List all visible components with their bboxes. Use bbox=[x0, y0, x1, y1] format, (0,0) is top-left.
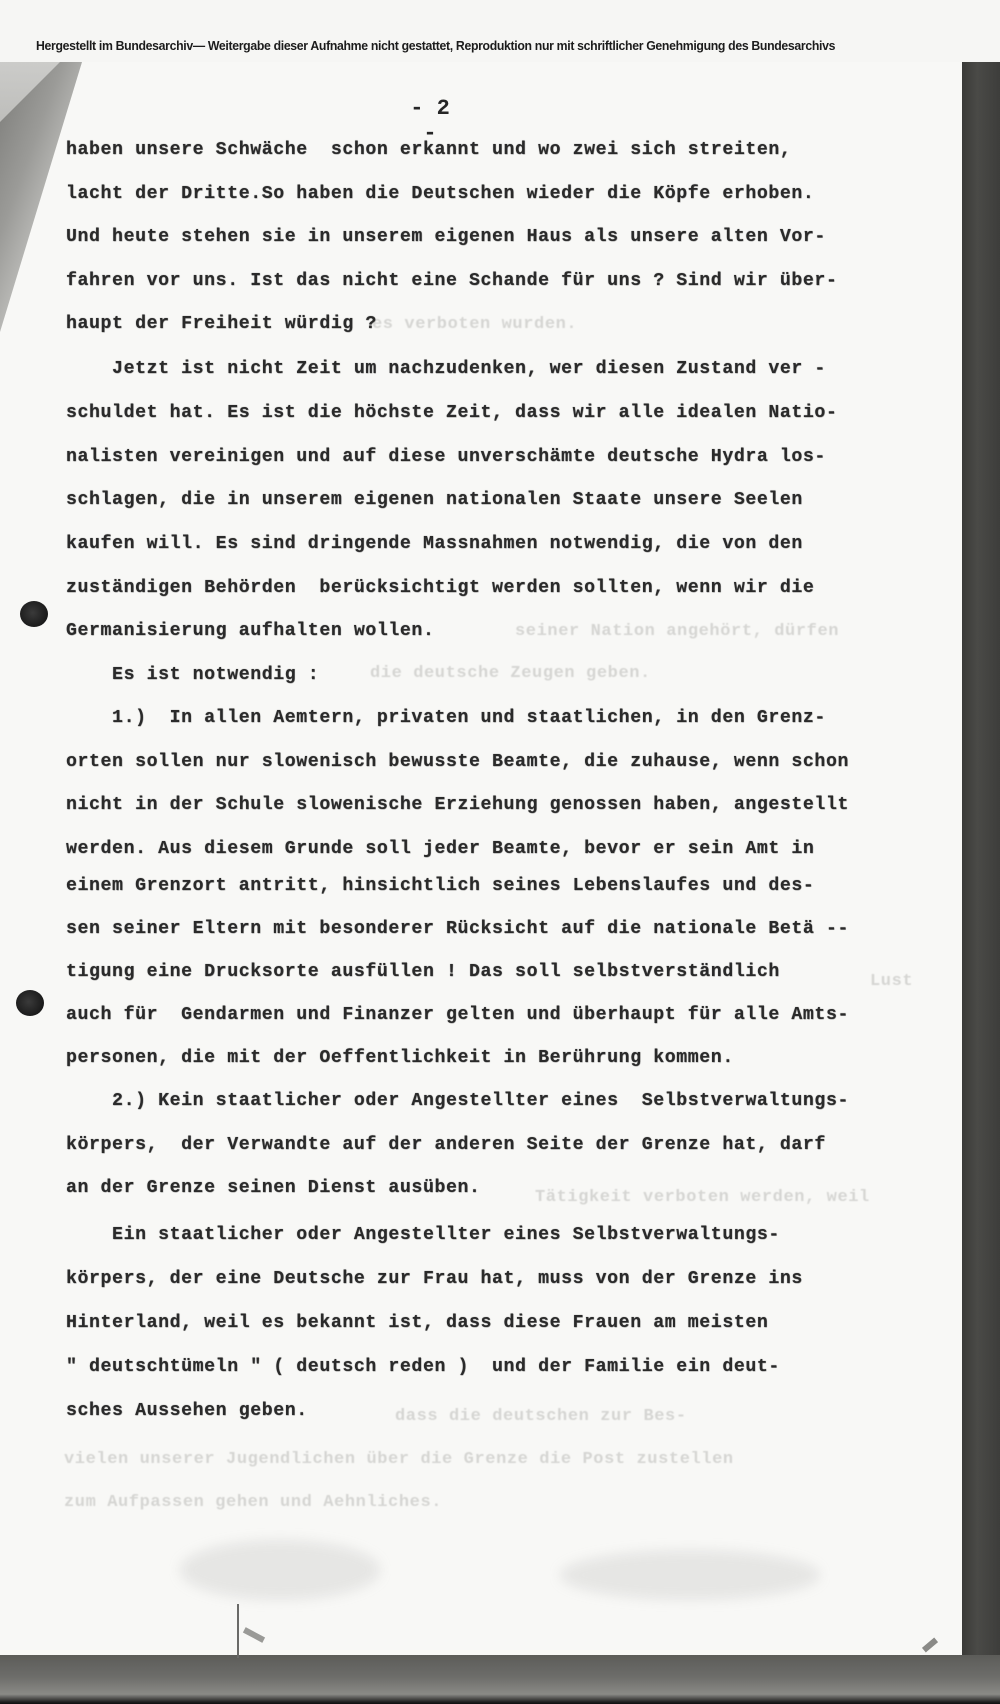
show-through-text: zum Aufpassen gehen und Aehnliches. bbox=[64, 1493, 442, 1512]
text-line: orten sollen nur slowenisch bewusste Bea… bbox=[66, 752, 849, 772]
text-line: haupt der Freiheit würdig ? bbox=[66, 314, 377, 334]
punch-hole bbox=[20, 601, 48, 627]
text-line: sches Aussehen geben. bbox=[66, 1401, 308, 1421]
punch-hole bbox=[16, 990, 44, 1016]
text-line: Ein staatlicher oder Angestellter eines … bbox=[66, 1225, 780, 1245]
text-line: schuldet hat. Es ist die höchste Zeit, d… bbox=[66, 403, 837, 423]
text-line: fahren vor uns. Ist das nicht eine Schan… bbox=[66, 271, 837, 291]
text-line: Germanisierung aufhalten wollen. bbox=[66, 621, 434, 641]
show-through-text: die deutsche Zeugen geben. bbox=[370, 664, 651, 683]
text-line: zuständigen Behörden berücksichtigt werd… bbox=[66, 578, 814, 598]
text-line: nalisten vereinigen und auf diese unvers… bbox=[66, 447, 826, 467]
text-line: " deutschtümeln " ( deutsch reden ) und … bbox=[66, 1357, 780, 1377]
smudge bbox=[560, 1550, 820, 1600]
show-through-text: dass die deutschen zur Bes- bbox=[395, 1407, 687, 1426]
smudge bbox=[180, 1540, 380, 1600]
text-line: lacht der Dritte.So haben die Deutschen … bbox=[66, 184, 814, 204]
text-line: körpers, der Verwandte auf der anderen S… bbox=[66, 1135, 826, 1155]
text-line: 2.) Kein staatlicher oder Angestellter e… bbox=[66, 1091, 849, 1111]
text-line: auch für Gendarmen und Finanzer gelten u… bbox=[66, 1005, 849, 1025]
text-line: personen, die mit der Oeffentlichkeit in… bbox=[66, 1048, 734, 1068]
text-line: sen seiner Eltern mit besonderer Rücksic… bbox=[66, 919, 849, 939]
text-line: einem Grenzort antritt, hinsichtlich sei… bbox=[66, 876, 814, 896]
page-number: - 2 - bbox=[400, 96, 460, 146]
bottom-edge-shadow bbox=[0, 1655, 1000, 1704]
right-edge-shadow bbox=[962, 62, 1000, 1704]
show-through-text: seiner Nation angehört, dürfen bbox=[515, 622, 839, 641]
text-line: schlagen, die in unserem eigenen nationa… bbox=[66, 490, 803, 510]
show-through-text: es verboten wurden. bbox=[372, 315, 577, 334]
archive-notice: Hergestellt im Bundesarchiv— Weitergabe … bbox=[36, 38, 910, 53]
show-through-text: Lust bbox=[870, 972, 913, 991]
show-through-text: vielen unserer Jugendlichen über die Gre… bbox=[64, 1450, 734, 1469]
text-line: körpers, der eine Deutsche zur Frau hat,… bbox=[66, 1269, 803, 1289]
text-line: Jetzt ist nicht Zeit um nachzudenken, we… bbox=[66, 359, 826, 379]
show-through-text: Tätigkeit verboten werden, weil bbox=[535, 1188, 870, 1207]
text-line: Es ist notwendig : bbox=[66, 665, 319, 685]
stray-pen-mark bbox=[237, 1604, 239, 1658]
text-line: tigung eine Drucksorte ausfüllen ! Das s… bbox=[66, 962, 780, 982]
text-line: Und heute stehen sie in unserem eigenen … bbox=[66, 227, 826, 247]
text-line: haben unsere Schwäche schon erkannt und … bbox=[66, 140, 791, 160]
text-line: 1.) In allen Aemtern, privaten und staat… bbox=[66, 708, 826, 728]
text-line: an der Grenze seinen Dienst ausüben. bbox=[66, 1178, 481, 1198]
text-line: Hinterland, weil es bekannt ist, dass di… bbox=[66, 1313, 768, 1333]
text-line: nicht in der Schule slowenische Erziehun… bbox=[66, 795, 849, 815]
text-line: werden. Aus diesem Grunde soll jeder Bea… bbox=[66, 839, 814, 859]
text-line: kaufen will. Es sind dringende Massnahme… bbox=[66, 534, 803, 554]
